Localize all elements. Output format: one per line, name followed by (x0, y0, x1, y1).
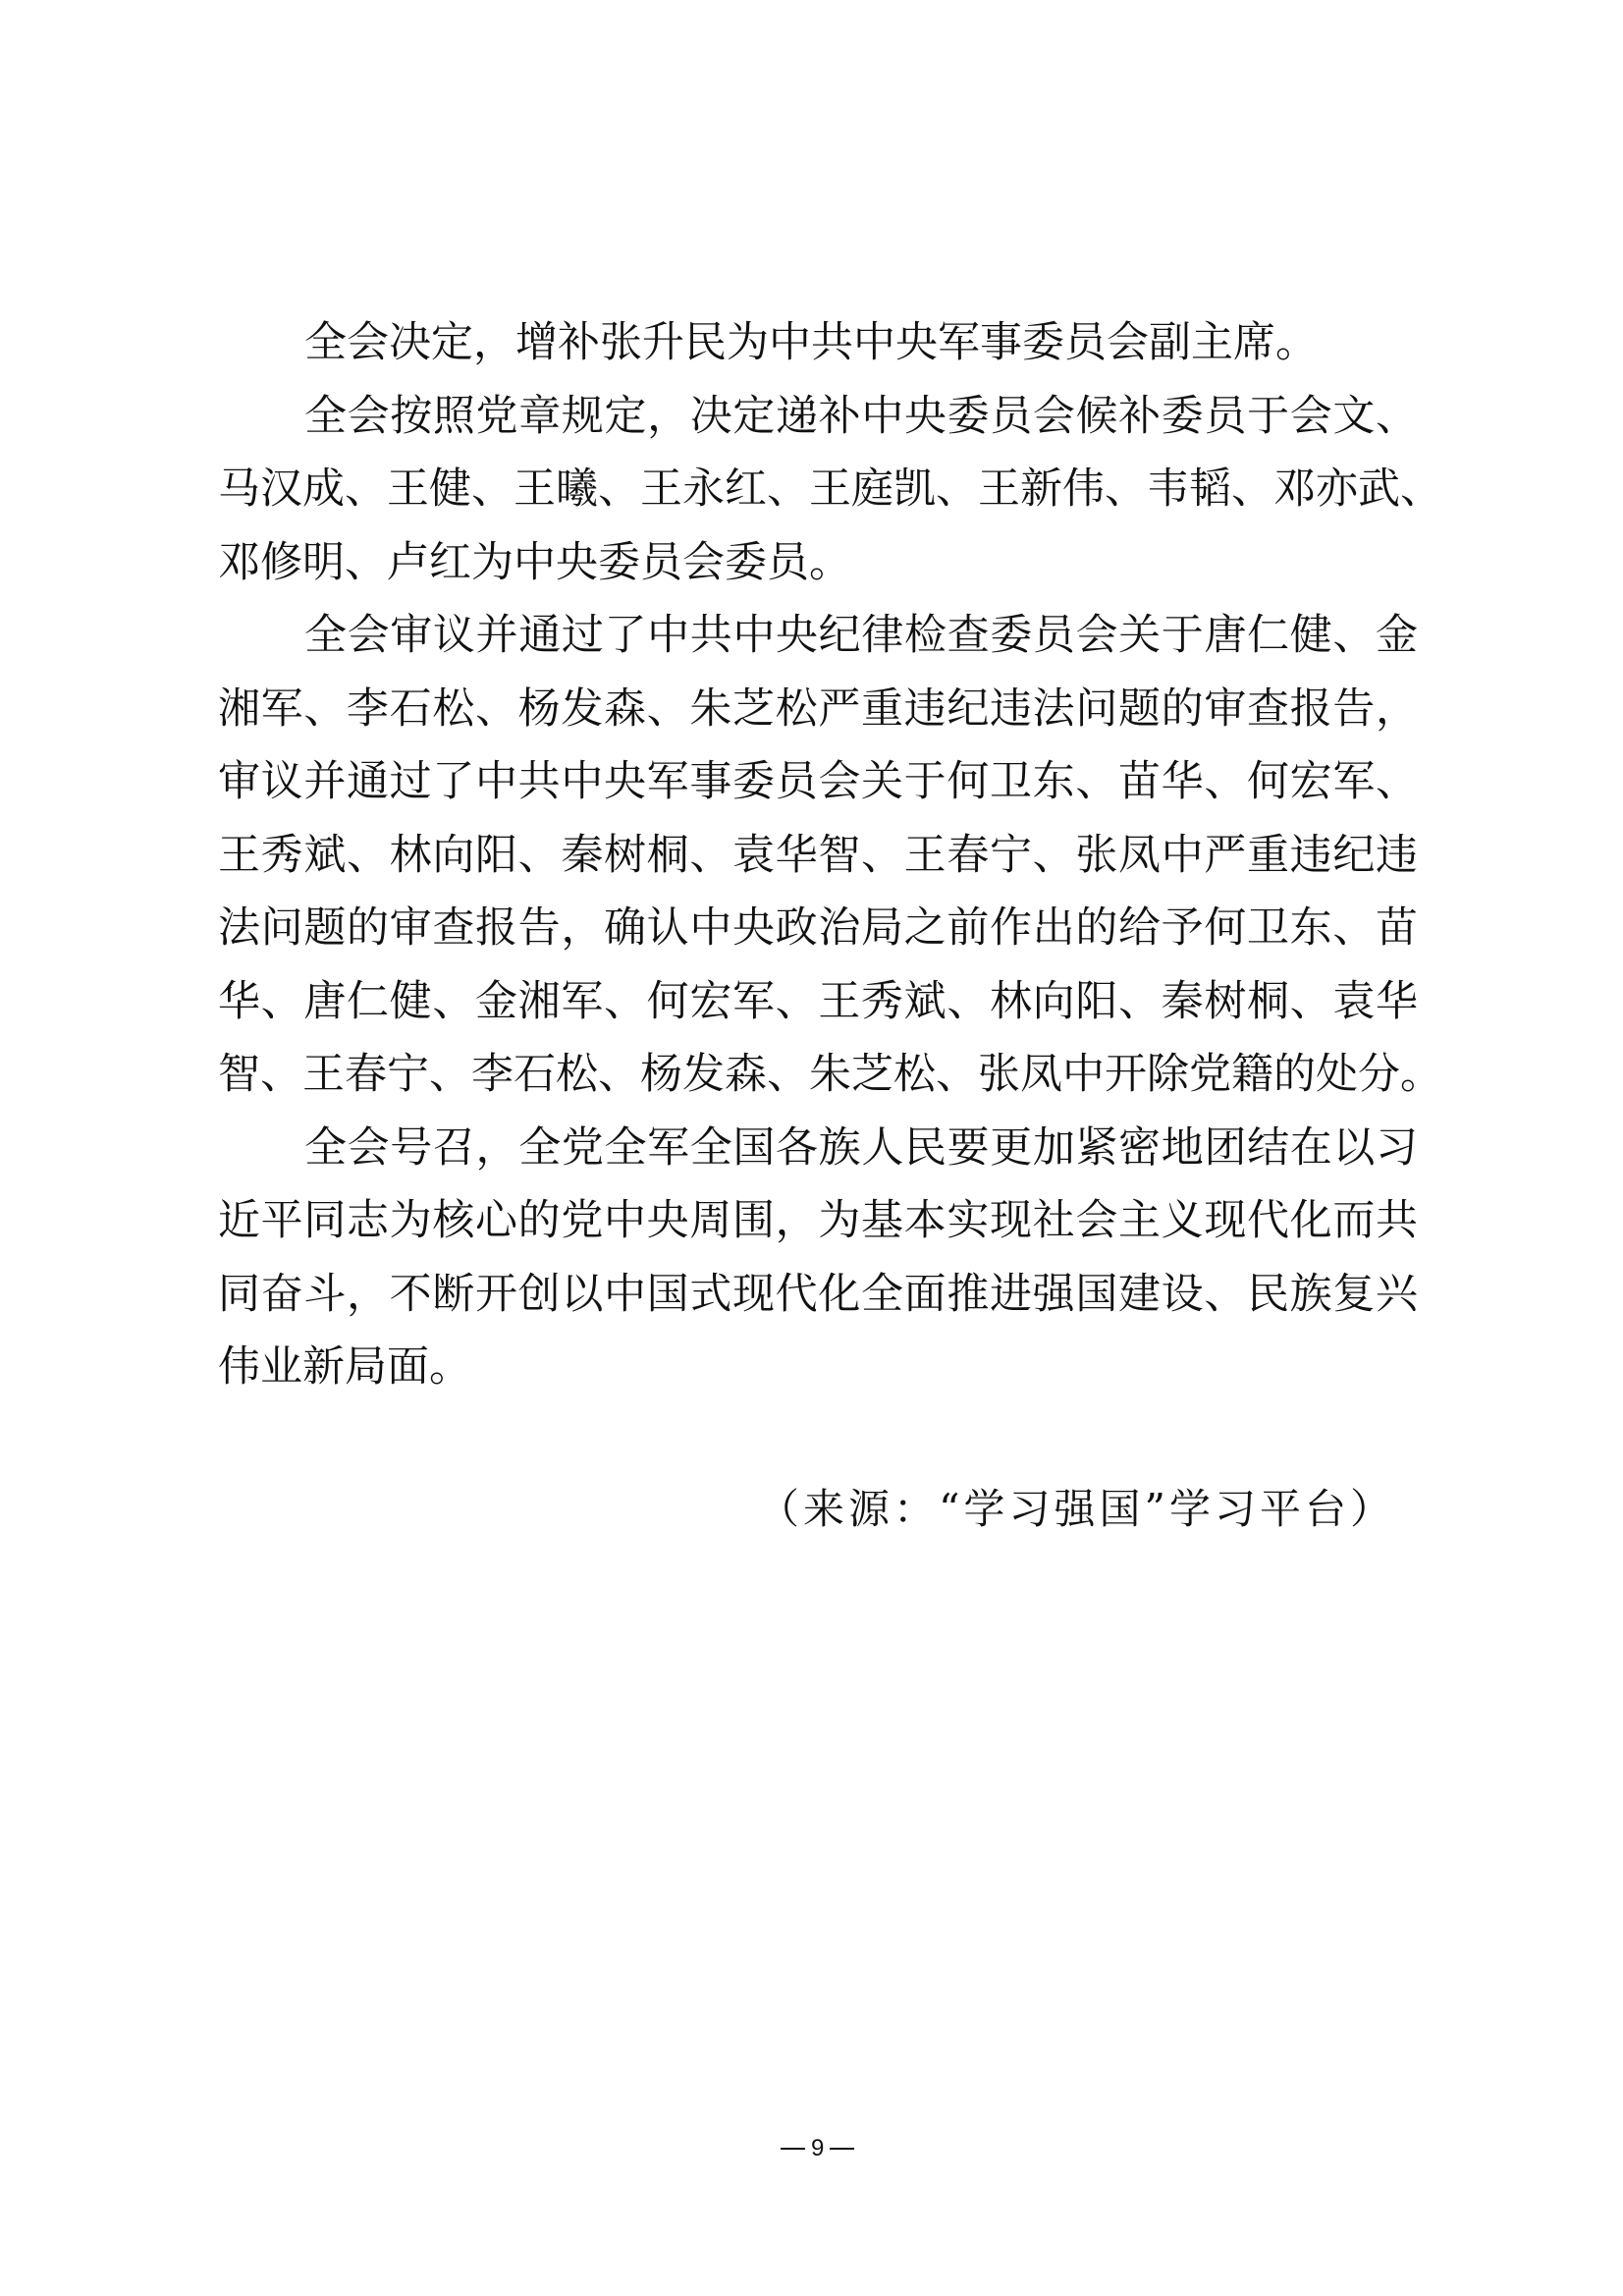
paragraph-1-line-1: 全会决定，增补张升民为中共中央军事委员会副主席。 (218, 312, 1418, 386)
paragraph-2-line-3: 邓修明、卢红为中央委员会委员。 (218, 532, 1418, 606)
paragraph-4-line-1: 全会号召，全党全军全国各族人民要更加紧密地团结在以习 (218, 1118, 1418, 1191)
left-dash (781, 2148, 805, 2150)
paragraph-3-line-1: 全会审议并通过了中共中央纪律检查委员会关于唐仁健、金 (218, 605, 1418, 679)
paragraph-4-line-3: 同奋斗，不断开创以中国式现代化全面推进强国建设、民族复兴 (218, 1264, 1418, 1338)
right-dash (830, 2148, 854, 2150)
page-footer: 9 (781, 2129, 854, 2168)
source-attribution: （来源：“学习强国”学习平台） (758, 1479, 1395, 1540)
page-number: 9 (811, 2129, 824, 2168)
document-page: 全会决定，增补张升民为中共中央军事委员会副主席。 全会按照党章规定，决定递补中央… (0, 0, 1623, 2296)
paragraph-2-line-2: 马汉成、王健、王曦、王永红、王庭凯、王新伟、韦韬、邓亦武、 (218, 459, 1418, 532)
paragraph-4-line-4: 伟业新局面。 (218, 1337, 1418, 1410)
body-text: 全会决定，增补张升民为中共中央军事委员会副主席。 全会按照党章规定，决定递补中央… (218, 312, 1418, 1410)
paragraph-4-line-2: 近平同志为核心的党中央周围，为基本实现社会主义现代化而共 (218, 1190, 1418, 1264)
paragraph-3-line-5: 法问题的审查报告，确认中央政治局之前作出的给予何卫东、苗 (218, 898, 1418, 971)
paragraph-2-line-1: 全会按照党章规定，决定递补中央委员会候补委员于会文、 (218, 386, 1418, 460)
paragraph-3-line-4: 王秀斌、林向阳、秦树桐、袁华智、王春宁、张凤中严重违纪违 (218, 825, 1418, 899)
paragraph-3-line-6: 华、唐仁健、金湘军、何宏军、王秀斌、林向阳、秦树桐、袁华 (218, 971, 1418, 1045)
paragraph-3-line-2: 湘军、李石松、杨发森、朱芝松严重违纪违法问题的审查报告， (218, 679, 1418, 752)
paragraph-3-line-7: 智、王春宁、李石松、杨发森、朱芝松、张凤中开除党籍的处分。 (218, 1044, 1418, 1118)
paragraph-3-line-3: 审议并通过了中共中央军事委员会关于何卫东、苗华、何宏军、 (218, 751, 1418, 825)
